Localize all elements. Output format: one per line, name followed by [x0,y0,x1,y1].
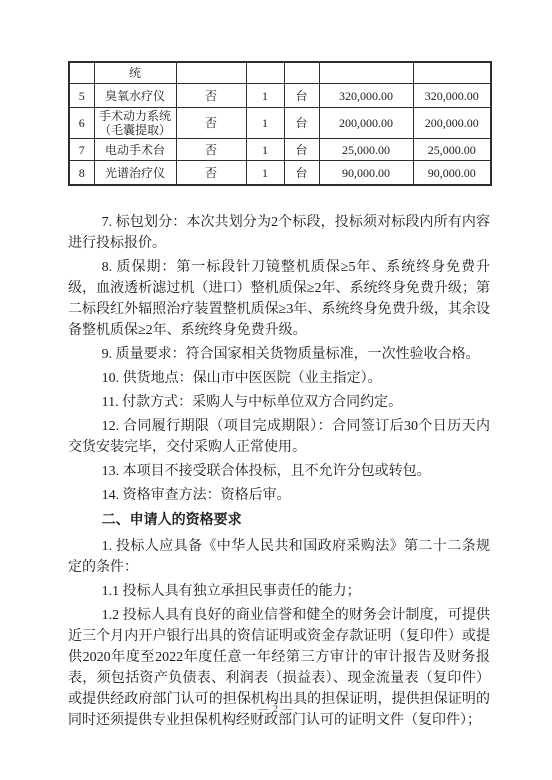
page-content: 统 5 臭氧水疗仪 否 1 台 320,000.00 320,000.00 [68,61,490,734]
cell-seq: 8 [69,161,94,186]
cell-total-price [413,62,491,84]
cell-unit-price: 90,000.00 [319,161,413,186]
cell-imported: 否 [176,84,246,108]
cell-unit [284,62,319,84]
paragraph-item-7: 7. 标包划分：本次共划分为2个标段，投标须对标段内所有内容进行投标报价。 [68,212,490,254]
cell-unit: 台 [284,161,319,186]
cell-seq: 7 [69,139,94,161]
cell-imported: 否 [176,108,246,139]
cell-total-price: 90,000.00 [413,161,491,186]
requirement-1: 1. 投标人应具备《中华人民共和国政府采购法》第二十二条规定的条件： [68,536,490,578]
cell-unit: 台 [284,84,319,108]
cell-unit-price: 320,000.00 [319,84,413,108]
cell-total-price: 320,000.00 [413,84,491,108]
cell-unit-price: 25,000.00 [319,139,413,161]
cell-unit-price [319,62,413,84]
cell-seq: 5 [69,84,94,108]
cell-qty: 1 [246,161,284,186]
cell-item-name: 电动手术台 [94,139,176,161]
cell-unit: 台 [284,139,319,161]
cell-item-name: 手术动力系统（毛囊提取） [94,108,176,139]
cell-seq [69,62,94,84]
table-row: 8 光谱治疗仪 否 1 台 90,000.00 90,000.00 [69,161,491,186]
cell-item-name: 光谱治疗仪 [94,161,176,186]
paragraph-item-14: 14. 资格审查方法：资格后审。 [68,485,490,506]
table-row-carryover: 统 [69,62,491,84]
table-row: 7 电动手术台 否 1 台 25,000.00 25,000.00 [69,139,491,161]
paragraph-item-12: 12. 合同履行期限（项目完成期限）：合同签订后30个日历天内交货安装完毕，交付… [68,416,490,458]
body-text: 7. 标包划分：本次共划分为2个标段，投标须对标段内所有内容进行投标报价。 8.… [68,212,490,731]
cell-qty: 1 [246,139,284,161]
paragraph-item-11: 11. 付款方式：采购人与中标单位双方合同约定。 [68,392,490,413]
cell-qty [246,62,284,84]
cell-unit: 台 [284,108,319,139]
cell-qty: 1 [246,108,284,139]
paragraph-item-10: 10. 供货地点：保山市中医医院（业主指定）。 [68,368,490,389]
cell-imported [176,62,246,84]
table-row: 6 手术动力系统（毛囊提取） 否 1 台 200,000.00 200,000.… [69,108,491,139]
cell-unit-price: 200,000.00 [319,108,413,139]
cell-item-name: 臭氧水疗仪 [94,84,176,108]
section-heading-qualifications: 二、申请人的资格要求 [68,509,490,530]
cell-item-name: 统 [94,62,176,84]
cell-total-price: 25,000.00 [413,139,491,161]
requirement-1-1: 1.1 投标人具有独立承担民事责任的能力； [68,581,490,602]
cell-imported: 否 [176,161,246,186]
cell-imported: 否 [176,139,246,161]
cell-total-price: 200,000.00 [413,108,491,139]
procurement-items-table: 统 5 臭氧水疗仪 否 1 台 320,000.00 320,000.00 [68,61,492,186]
cell-qty: 1 [246,84,284,108]
cell-seq: 6 [69,108,94,139]
paragraph-item-13: 13. 本项目不接受联合体投标，且不允许分包或转包。 [68,461,490,482]
table-row: 5 臭氧水疗仪 否 1 台 320,000.00 320,000.00 [69,84,491,108]
paragraph-item-8: 8. 质保期：第一标段针刀镜整机质保≥5年、系统终身免费升级，血液透析滤过机（进… [68,257,490,341]
document-page: 统 5 臭氧水疗仪 否 1 台 320,000.00 320,000.00 [0,0,552,780]
paragraph-item-9: 9. 质量要求：符合国家相关货物质量标准，一次性验收合格。 [68,344,490,365]
page-number: — 2 — [0,704,552,715]
